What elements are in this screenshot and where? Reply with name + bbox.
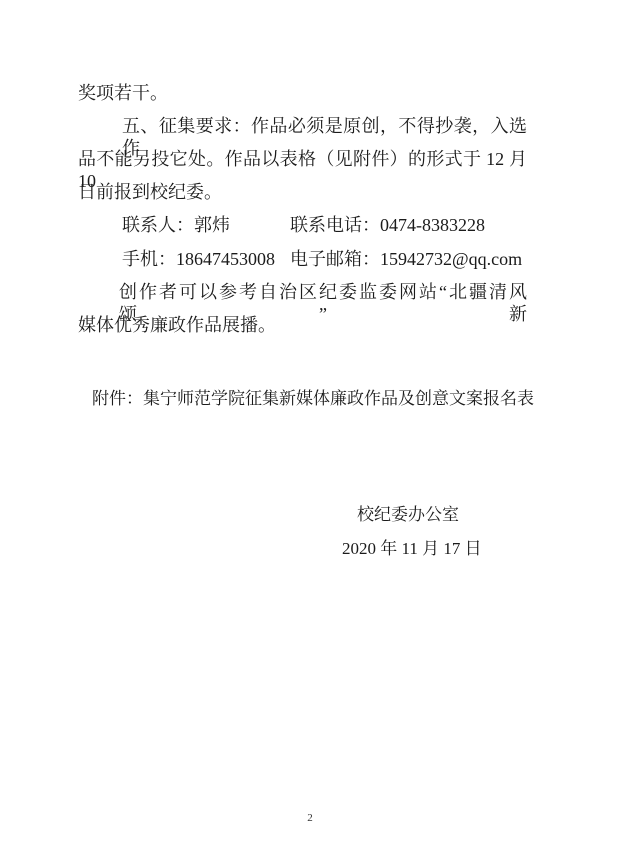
- page-number: 2: [0, 812, 620, 824]
- contact-mobile-line: 手机：18647453008: [122, 248, 275, 270]
- contact-phone-label: 联系电话：: [290, 215, 380, 235]
- contact-phone-number: 0474-8383228: [380, 215, 485, 235]
- contact-person-label: 联系人：: [122, 215, 194, 235]
- contact-person-line: 联系人：郭炜: [122, 214, 230, 236]
- contact-person-name: 郭炜: [194, 215, 230, 235]
- contact-mobile-number: 18647453008: [176, 249, 275, 269]
- contact-mobile-label: 手机：: [122, 249, 176, 269]
- contact-phone-line: 联系电话：0474-8383228: [290, 214, 485, 236]
- document-page: 奖项若干。 五、征集要求：作品必须是原创，不得抄袭，入选作 品不能另投它处。作品…: [0, 0, 620, 859]
- contact-email-line: 电子邮箱：15942732@qq.com: [290, 248, 522, 270]
- requirements-line-3: 日前报到校纪委。: [78, 181, 222, 203]
- contact-email-label: 电子邮箱：: [290, 249, 380, 269]
- signature-date: 2020 年 11 月 17 日: [342, 538, 482, 560]
- paragraph-end-line: 奖项若干。: [78, 82, 168, 104]
- signature-organization: 校纪委办公室: [357, 504, 459, 526]
- attachment-line: 附件：集宁师范学院征集新媒体廉政作品及创意文案报名表: [92, 388, 534, 410]
- contact-email-address: 15942732@qq.com: [380, 249, 522, 269]
- reference-line-2: 媒体优秀廉政作品展播。: [78, 314, 276, 336]
